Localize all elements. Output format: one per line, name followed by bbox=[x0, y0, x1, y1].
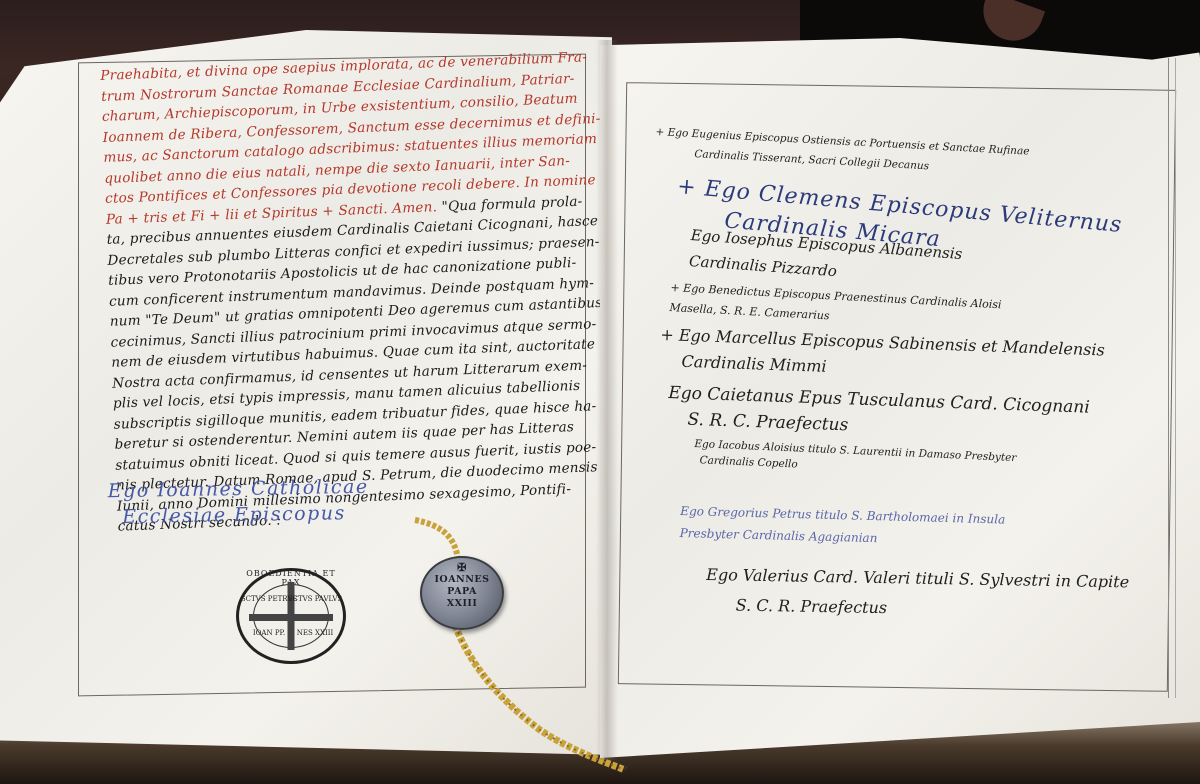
seal-quadrant-text: SCTVS PAVLVS bbox=[263, 595, 367, 603]
right-page-edge bbox=[1168, 58, 1176, 698]
bulla-text: IOANNES bbox=[422, 574, 502, 586]
seal-quadrant-text: NES XXIII bbox=[263, 629, 367, 637]
bull-text-block: Praehabita, et divina ope saepius implor… bbox=[100, 48, 588, 537]
printed-papal-seal: OBOEDIENTIA ET PAX SCTVS PETRVS SCTVS PA… bbox=[236, 568, 346, 664]
book-gutter bbox=[596, 40, 618, 760]
pope-signature: Ego Ioannes Catholicae Ecclesiae Episcop… bbox=[108, 474, 370, 531]
signature-agagianian: Ego Gregorius Petrus titulo S. Bartholom… bbox=[679, 500, 1005, 552]
bulla-text: XXIII bbox=[422, 598, 502, 610]
cross-icon: ✠ bbox=[422, 562, 502, 574]
lead-bulla-seal: ✠ IOANNES PAPA XXIII bbox=[420, 556, 504, 630]
seal-cross-icon bbox=[249, 614, 332, 621]
bulla-text: PAPA bbox=[422, 586, 502, 598]
pope-signature-line: Ecclesiae Episcopus bbox=[108, 500, 369, 531]
signature-valeri: Ego Valerius Card. Valeri tituli S. Sylv… bbox=[705, 560, 1129, 627]
